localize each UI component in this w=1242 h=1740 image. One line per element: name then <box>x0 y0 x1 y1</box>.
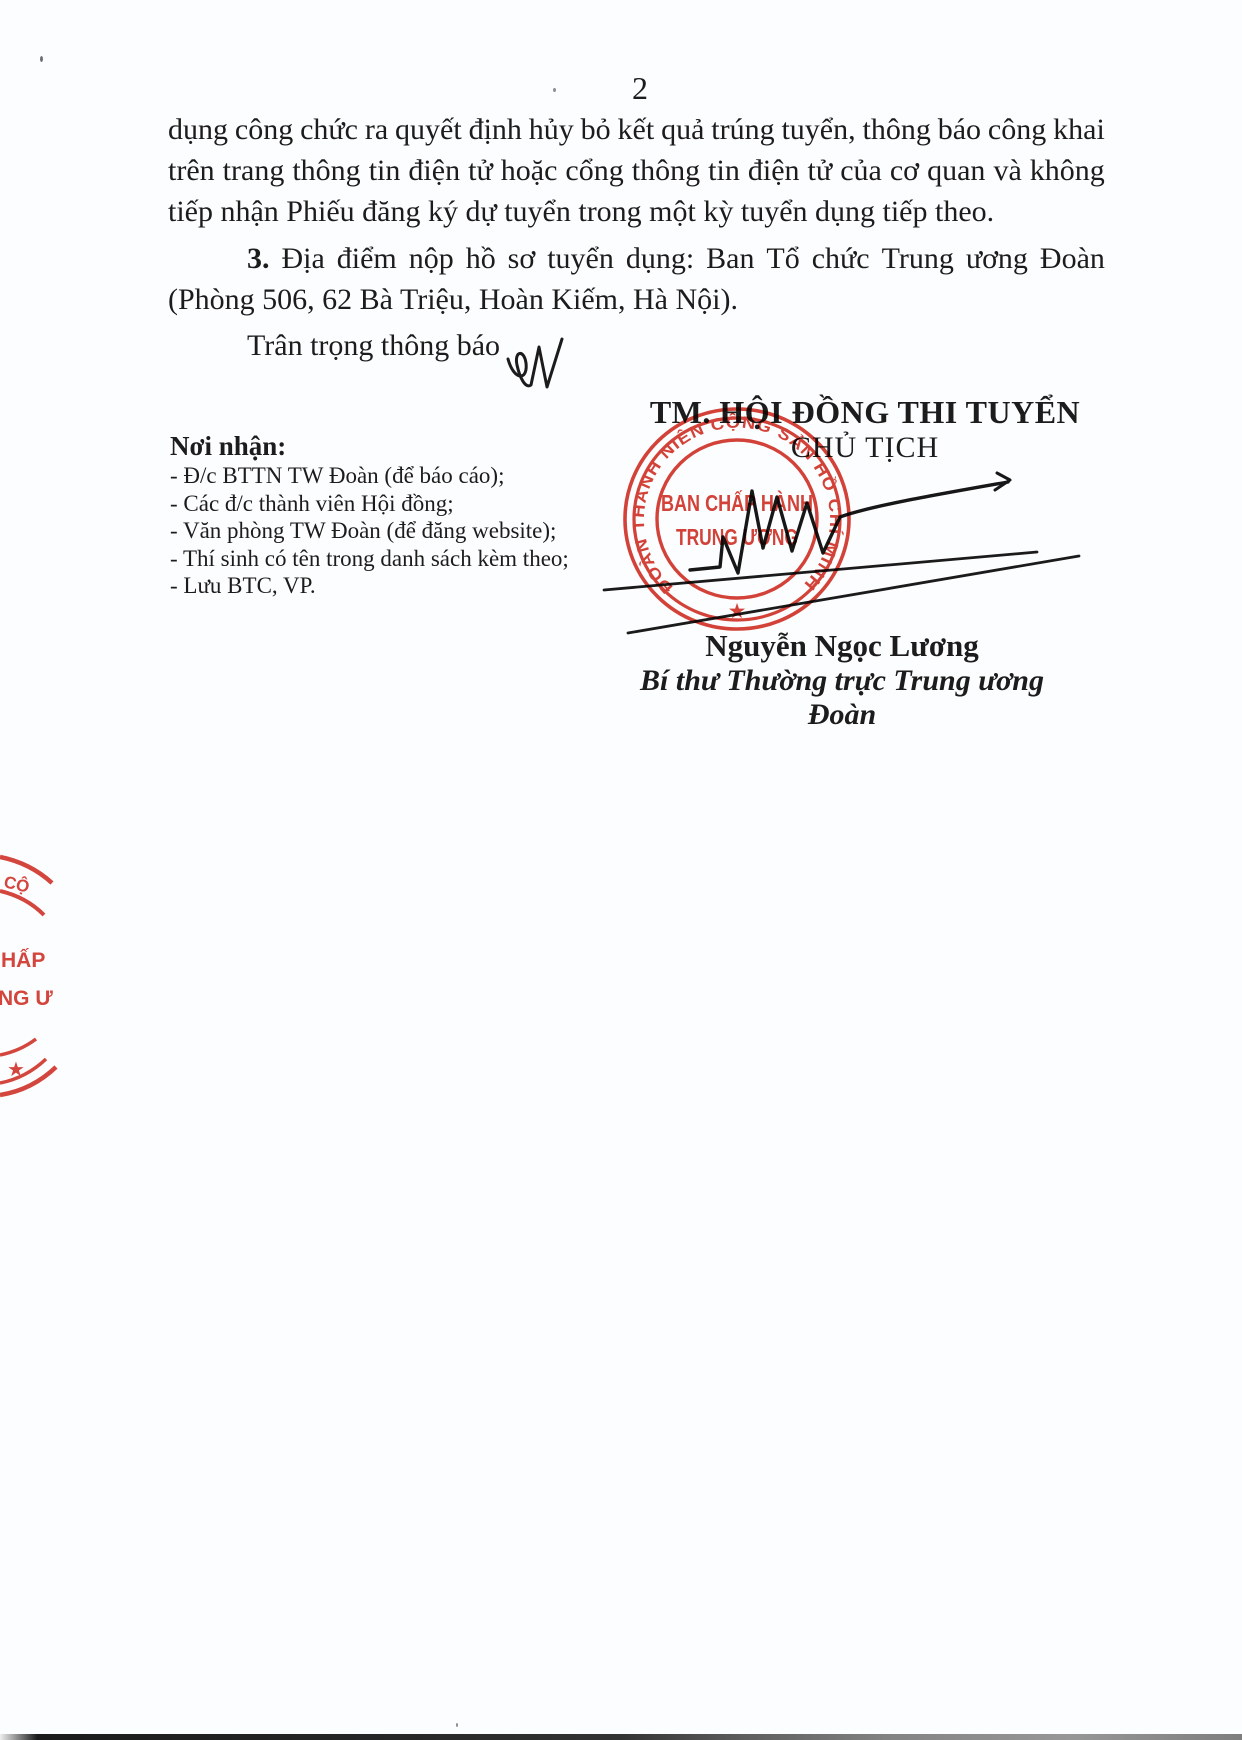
word: của <box>840 150 882 191</box>
word: điện <box>408 150 460 191</box>
word: tử <box>808 150 833 191</box>
word: Địa <box>281 238 324 279</box>
word: bỏ <box>581 109 611 150</box>
word: tin <box>369 150 401 191</box>
word: dụng <box>168 109 228 150</box>
word: tử <box>468 150 493 191</box>
paragraph2-line1: 3.Địađiểmnộphồsơtuyểndụng:BanTổchứcTrung… <box>168 238 1105 279</box>
word: ra <box>365 109 388 150</box>
word: tuyển, <box>781 109 855 150</box>
word: cổng <box>565 150 623 191</box>
recipient-item: - Đ/c BTTN TW Đoàn (để báo cáo); <box>170 462 600 490</box>
document-page: 2 dụngcôngchứcraquyếtđịnhhủybỏkếtquảtrún… <box>0 0 1242 1740</box>
word: trang <box>223 150 285 191</box>
word: công <box>988 109 1046 150</box>
word: quyết <box>395 109 462 150</box>
paragraph1-line3: tiếp nhận Phiếu đăng ký dự tuyển trong m… <box>168 191 1105 232</box>
word: điện <box>748 150 800 191</box>
word: thông <box>632 150 700 191</box>
word: tuyển <box>547 238 614 279</box>
recipients-block: Nơi nhận: - Đ/c BTTN TW Đoàn (để báo cáo… <box>170 430 600 600</box>
word: Tổ <box>766 238 799 279</box>
word: nộp <box>409 238 454 279</box>
word: sơ <box>508 238 536 279</box>
body-text: dụngcôngchứcraquyếtđịnhhủybỏkếtquảtrúngt… <box>168 109 1105 397</box>
word: trên <box>168 150 215 191</box>
scan-speck <box>456 1723 458 1727</box>
word: khai <box>1053 109 1105 150</box>
paragraph1-line2: trêntrangthôngtinđiệntửhoặccổngthôngtinđ… <box>168 150 1105 191</box>
scan-bottom-edge <box>0 1734 1242 1740</box>
word: kết <box>618 109 655 150</box>
word: điểm <box>337 238 397 279</box>
partial-stamp-left-edge: CỘ HẤP NG Ư ★ <box>0 845 62 1105</box>
word: thông <box>292 150 360 191</box>
recipient-item: - Thí sinh có tên trong danh sách kèm th… <box>170 545 600 573</box>
word: trúng <box>711 109 774 150</box>
word: dụng: <box>626 238 694 279</box>
signer-title: Bí thư Thường trực Trung ương Đoàn <box>622 664 1062 732</box>
recipient-item: - Lưu BTC, VP. <box>170 572 600 600</box>
paragraph2-line2: (Phòng 506, 62 Bà Triệu, Hoàn Kiếm, Hà N… <box>168 279 1105 320</box>
word: Ban <box>706 238 754 279</box>
word: quả <box>661 109 704 150</box>
page-number: 2 <box>560 70 720 107</box>
word: không <box>1030 150 1105 191</box>
word: quan <box>927 150 985 191</box>
signoff-initials-flourish <box>504 335 582 397</box>
signoff-row: Trân trọng thông báo <box>168 325 1105 397</box>
scan-speck <box>40 56 43 62</box>
word: Đoàn <box>1040 238 1105 279</box>
word: hoặc <box>501 150 558 191</box>
word: chức <box>300 109 358 150</box>
word: chức <box>812 238 870 279</box>
word: 3. <box>247 238 270 279</box>
partial-stamp-center-fragment2: NG Ư <box>0 987 53 1010</box>
paragraph1-line1: dụngcôngchứcraquyếtđịnhhủybỏkếtquảtrúngt… <box>168 109 1105 150</box>
recipient-item: - Văn phòng TW Đoàn (để đăng website); <box>170 517 600 545</box>
word: tin <box>708 150 740 191</box>
recipients-header: Nơi nhận: <box>170 430 600 462</box>
word: hồ <box>466 238 496 279</box>
signoff-text: Trân trọng thông báo <box>247 325 500 366</box>
word: công <box>235 109 293 150</box>
recipient-item: - Các đ/c thành viên Hội đồng; <box>170 490 600 518</box>
partial-stamp-center-fragment1: HẤP <box>1 949 45 972</box>
scan-speck <box>553 88 556 92</box>
word: báo <box>938 109 981 150</box>
word: hủy <box>529 109 574 150</box>
word: và <box>993 150 1021 191</box>
handwritten-signature <box>540 400 1100 660</box>
word: ương <box>966 238 1028 279</box>
word: thông <box>863 109 931 150</box>
word: định <box>469 109 522 150</box>
word: Trung <box>882 238 954 279</box>
word: cơ <box>890 150 919 191</box>
